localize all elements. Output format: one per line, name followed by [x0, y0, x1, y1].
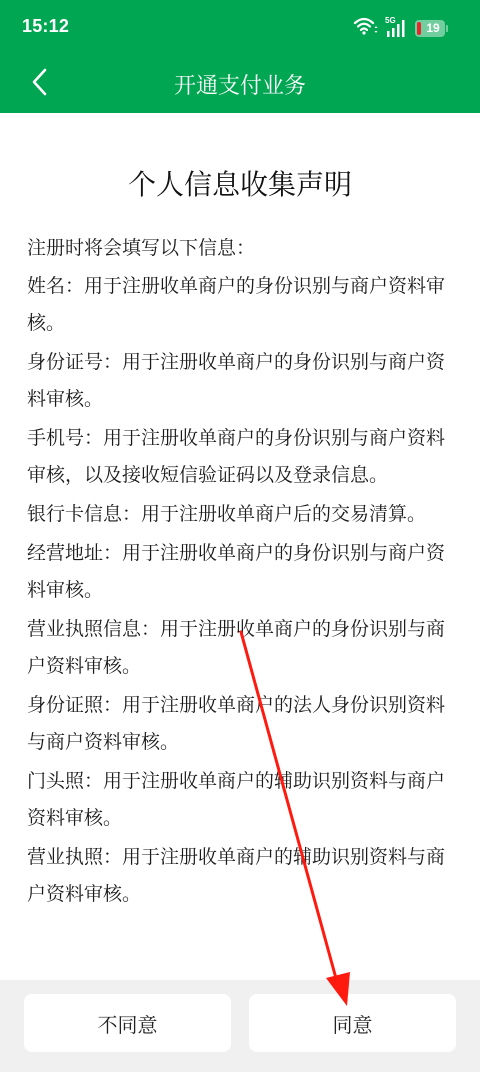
statement-item-bank-card: 银行卡信息：用于注册收单商户后的交易清算。 — [27, 496, 457, 533]
battery-tip — [446, 25, 448, 32]
page-title: 开通支付业务 — [0, 69, 480, 100]
nav-bar: 开通支付业务 — [0, 56, 480, 113]
statement-body: 注册时将会填写以下信息： 姓名：用于注册收单商户的身份识别与商户资料审核。 身份… — [27, 229, 457, 915]
statement-item-phone: 手机号：用于注册收单商户的身份识别与商户资料审核，以及接收短信验证码以及登录信息… — [27, 420, 457, 494]
battery-percent: 19 — [426, 21, 439, 35]
statement-content[interactable]: 个人信息收集声明 注册时将会填写以下信息： 姓名：用于注册收单商户的身份识别与商… — [0, 113, 480, 980]
battery-icon: 19 — [415, 20, 445, 37]
statement-item-address: 经营地址：用于注册收单商户的身份识别与商户资料审核。 — [27, 535, 457, 609]
statement-title: 个人信息收集声明 — [0, 163, 480, 203]
app-header: 15:12 5G — [0, 0, 480, 113]
statement-item-id-photo: 身份证照：用于注册收单商户的法人身份识别资料与商户资料审核。 — [27, 687, 457, 761]
action-footer: 不同意 同意 — [0, 980, 480, 1072]
statement-item-id-number: 身份证号：用于注册收单商户的身份识别与商户资料审核。 — [27, 344, 457, 418]
status-icons: 5G 19 — [353, 17, 448, 39]
statement-intro: 注册时将会填写以下信息： — [27, 229, 457, 267]
status-time: 15:12 — [22, 16, 69, 37]
signal-icon: 5G — [385, 18, 409, 38]
agree-button[interactable]: 同意 — [249, 994, 456, 1052]
statement-item-name: 姓名：用于注册收单商户的身份识别与商户资料审核。 — [27, 268, 457, 342]
wifi-icon — [353, 17, 379, 39]
status-bar: 15:12 5G — [0, 0, 480, 56]
battery-level — [417, 22, 421, 35]
statement-item-license-info: 营业执照信息：用于注册收单商户的身份识别与商户资料审核。 — [27, 611, 457, 685]
disagree-button[interactable]: 不同意 — [24, 994, 231, 1052]
statement-item-license-photo: 营业执照：用于注册收单商户的辅助识别资料与商户资料审核。 — [27, 839, 457, 913]
statement-item-storefront-photo: 门头照：用于注册收单商户的辅助识别资料与商户资料审核。 — [27, 763, 457, 837]
